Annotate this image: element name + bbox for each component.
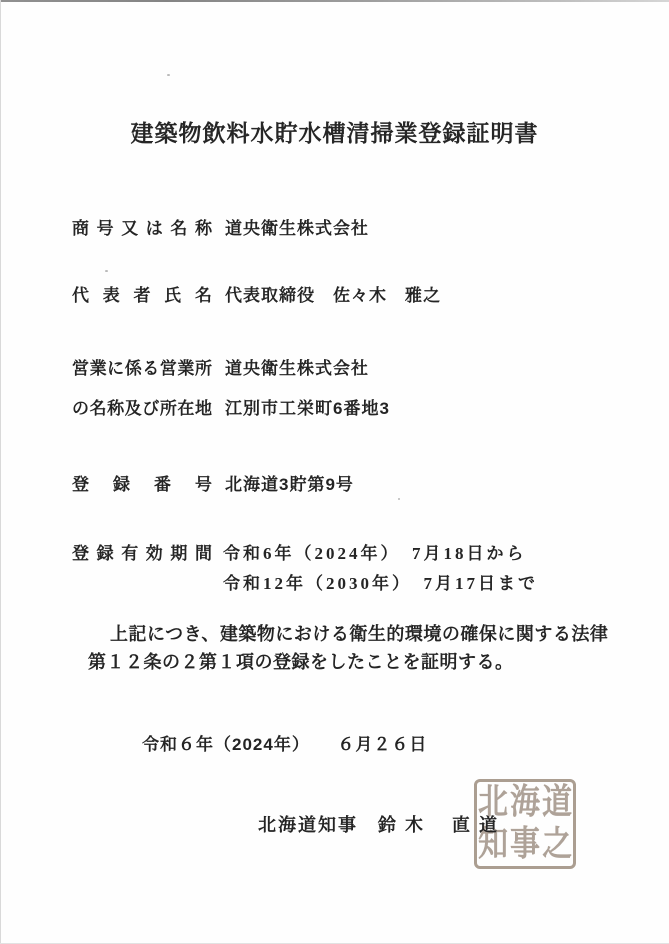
certification-statement-line1: 上記につき、建築物における衛生的環境の確保に関する法律 [88,620,613,648]
issue-date: 令和６年（2024年） ６月２６日 [142,730,427,755]
field-office-name: 営業に係る営業所 道央衛生株式会社 [72,354,369,379]
scanned-certificate-page: 建築物飲料水貯水槽清掃業登録証明書 商号又は名称 道央衛生株式会社 代表者氏名 … [0,0,669,944]
scan-edge-top [0,0,669,2]
field-office-address: の名称及び所在地 江別市工栄町6番地3 [72,394,390,419]
field-office-address-value: 江別市工栄町6番地3 [225,394,390,419]
certification-statement: 上記につき、建築物における衛生的環境の確保に関する法律 第１２条の２第１項の登録… [88,620,613,676]
field-office-name-label: 営業に係る営業所 [72,354,212,379]
validity-start-line: 令和6年（2024年） 7月18日から [223,544,527,563]
field-representative-label: 代表者氏名 [72,281,212,306]
field-validity-period: 登録有効期間 令和6年（2024年） 7月18日から 令和12年（2030年） … [72,539,538,599]
field-office-name-value: 道央衛生株式会社 [225,354,369,379]
field-trade-name-value: 道央衛生株式会社 [225,214,369,239]
field-registration-number: 登録番号 北海道3貯第9号 [72,470,354,495]
field-representative-value: 代表取締役 佐々木 雅之 [225,281,441,306]
field-registration-number-value: 北海道3貯第9号 [225,470,354,495]
scan-speck [398,498,400,500]
validity-end-line: 令和12年（2030年） 7月17日まで [223,574,538,593]
field-office-address-label: の名称及び所在地 [72,394,212,419]
field-registration-number-label: 登録番号 [72,470,212,495]
certification-statement-line2: 第１２条の２第１項の登録をしたことを証明する。 [88,648,613,676]
field-representative: 代表者氏名 代表取締役 佐々木 雅之 [72,281,441,306]
field-validity-period-label: 登録有効期間 [72,539,212,569]
scan-speck [105,270,108,272]
field-trade-name: 商号又は名称 道央衛生株式会社 [72,214,369,239]
field-trade-name-label: 商号又は名称 [72,214,212,239]
field-validity-period-value: 令和6年（2024年） 7月18日から 令和12年（2030年） 7月17日まで [223,539,538,599]
governor-signature: 北海道知事 鈴 木 直 道 [258,811,499,837]
seal-character: 事 [509,820,541,870]
document-title: 建築物飲料水貯水槽清掃業登録証明書 [0,115,669,148]
seal-character: 之 [541,820,573,870]
scan-speck [167,74,170,76]
